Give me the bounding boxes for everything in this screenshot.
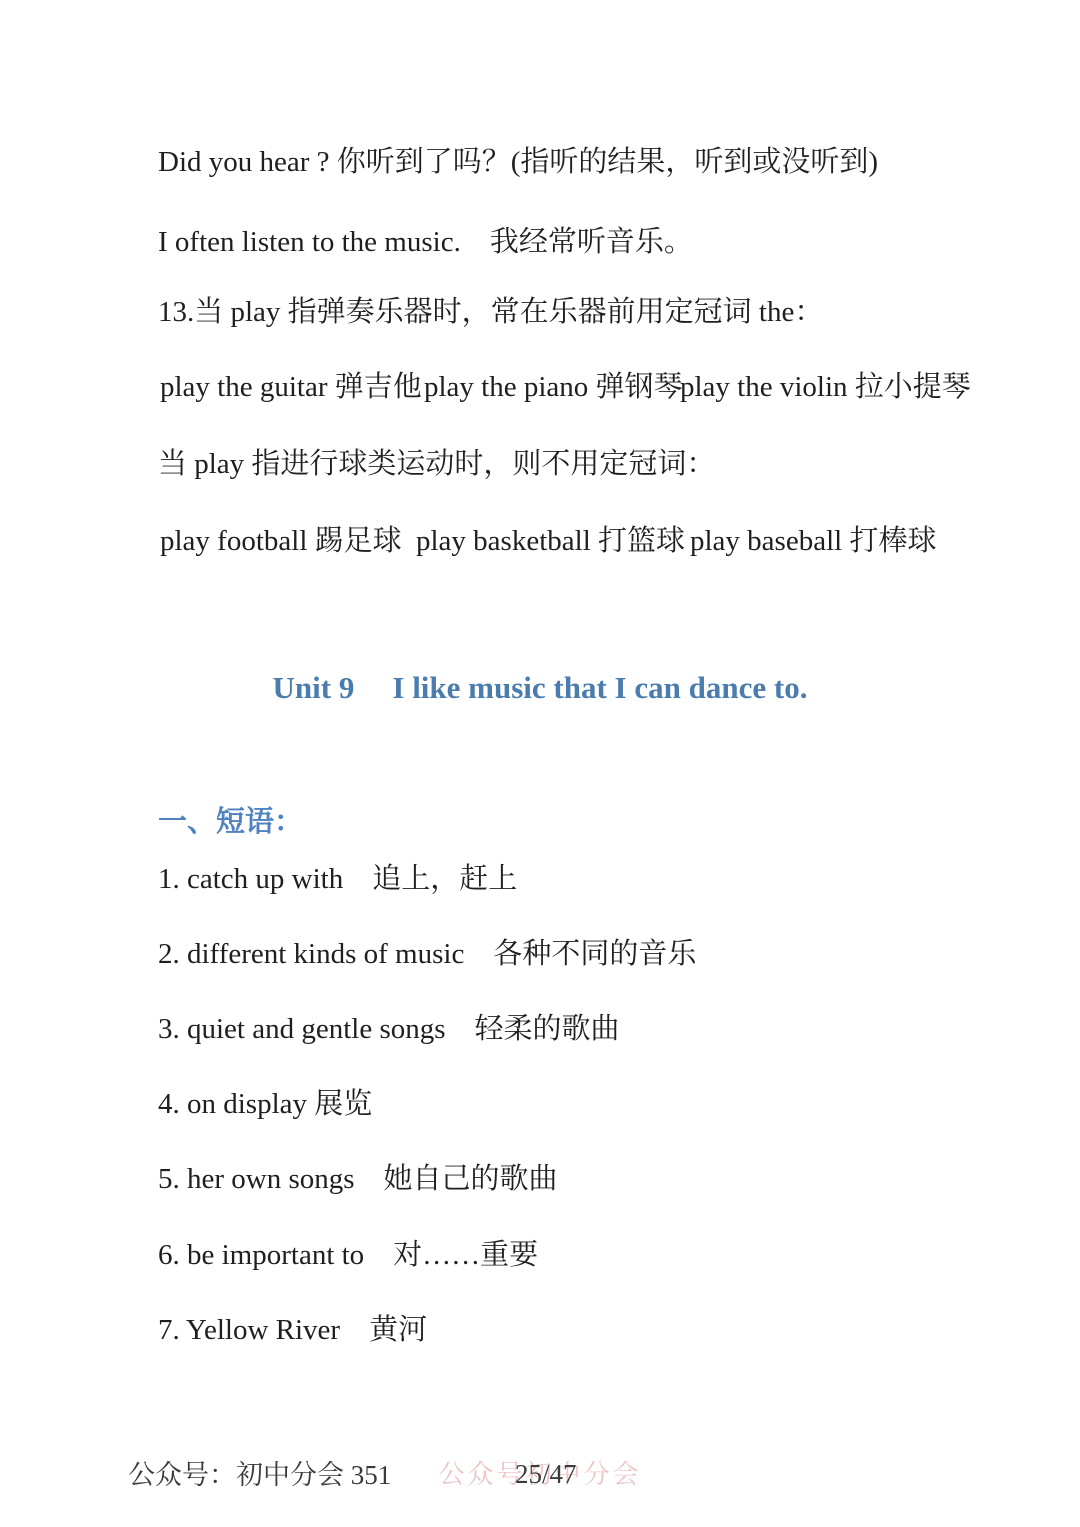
unit-title-text: I like music that I can dance to. [392,670,807,706]
ball-phrases-row: play football 踢足球 play basketball 打篮球 pl… [0,524,1080,558]
footer-account-label: 公众号：初中分会 351 [128,1459,391,1491]
phrase-play-football: play football 踢足球 [160,524,402,558]
phrase-list-item: 6. be important to 对……重要 [158,1238,538,1272]
phrase-list-item: 5. her own songs 她自己的歌曲 [158,1162,558,1196]
unit-title: Unit 9 I like music that I can dance to. [0,670,1080,706]
phrase-list-item: 4. on display 展览 [158,1087,372,1121]
phrase-play-baseball: play baseball 打棒球 [690,524,936,558]
unit-number-label: Unit 9 [273,670,355,706]
phrase-play-guitar: play the guitar 弹吉他 [160,370,422,404]
document-page: Did you hear ? 你听到了吗？(指听的结果，听到或没听到) I of… [0,0,1080,1527]
phrase-list-item: 7. Yellow River 黄河 [158,1313,427,1347]
phrase-list-item: 3. quiet and gentle songs 轻柔的歌曲 [158,1012,620,1046]
page-number: 25/47 [515,1458,577,1490]
page-footer: 公众号：初中分会 351 公众号初中分会 25/47 [0,1455,1080,1500]
section-heading-phrases: 一、短语： [158,805,303,839]
phrase-play-basketball: play basketball 打篮球 [416,524,685,558]
phrase-list-item: 2. different kinds of music 各种不同的音乐 [158,937,696,971]
instrument-phrases-row: play the guitar 弹吉他 play the piano 弹钢琴 p… [0,370,1080,404]
grammar-rule-ball-sports: 当 play 指进行球类运动时，则不用定冠词： [158,447,715,481]
grammar-rule-13: 13.当 play 指弹奏乐器时，常在乐器前用定冠词 the： [158,295,823,329]
phrase-play-piano: play the piano 弹钢琴 [424,370,683,404]
phrase-list-item: 1. catch up with 追上，赶上 [158,862,517,896]
grammar-example-hear: Did you hear ? 你听到了吗？(指听的结果，听到或没听到) [158,145,878,179]
phrase-play-violin: play the violin 拉小提琴 [680,370,971,404]
grammar-example-listen: I often listen to the music. 我经常听音乐。 [158,225,693,259]
